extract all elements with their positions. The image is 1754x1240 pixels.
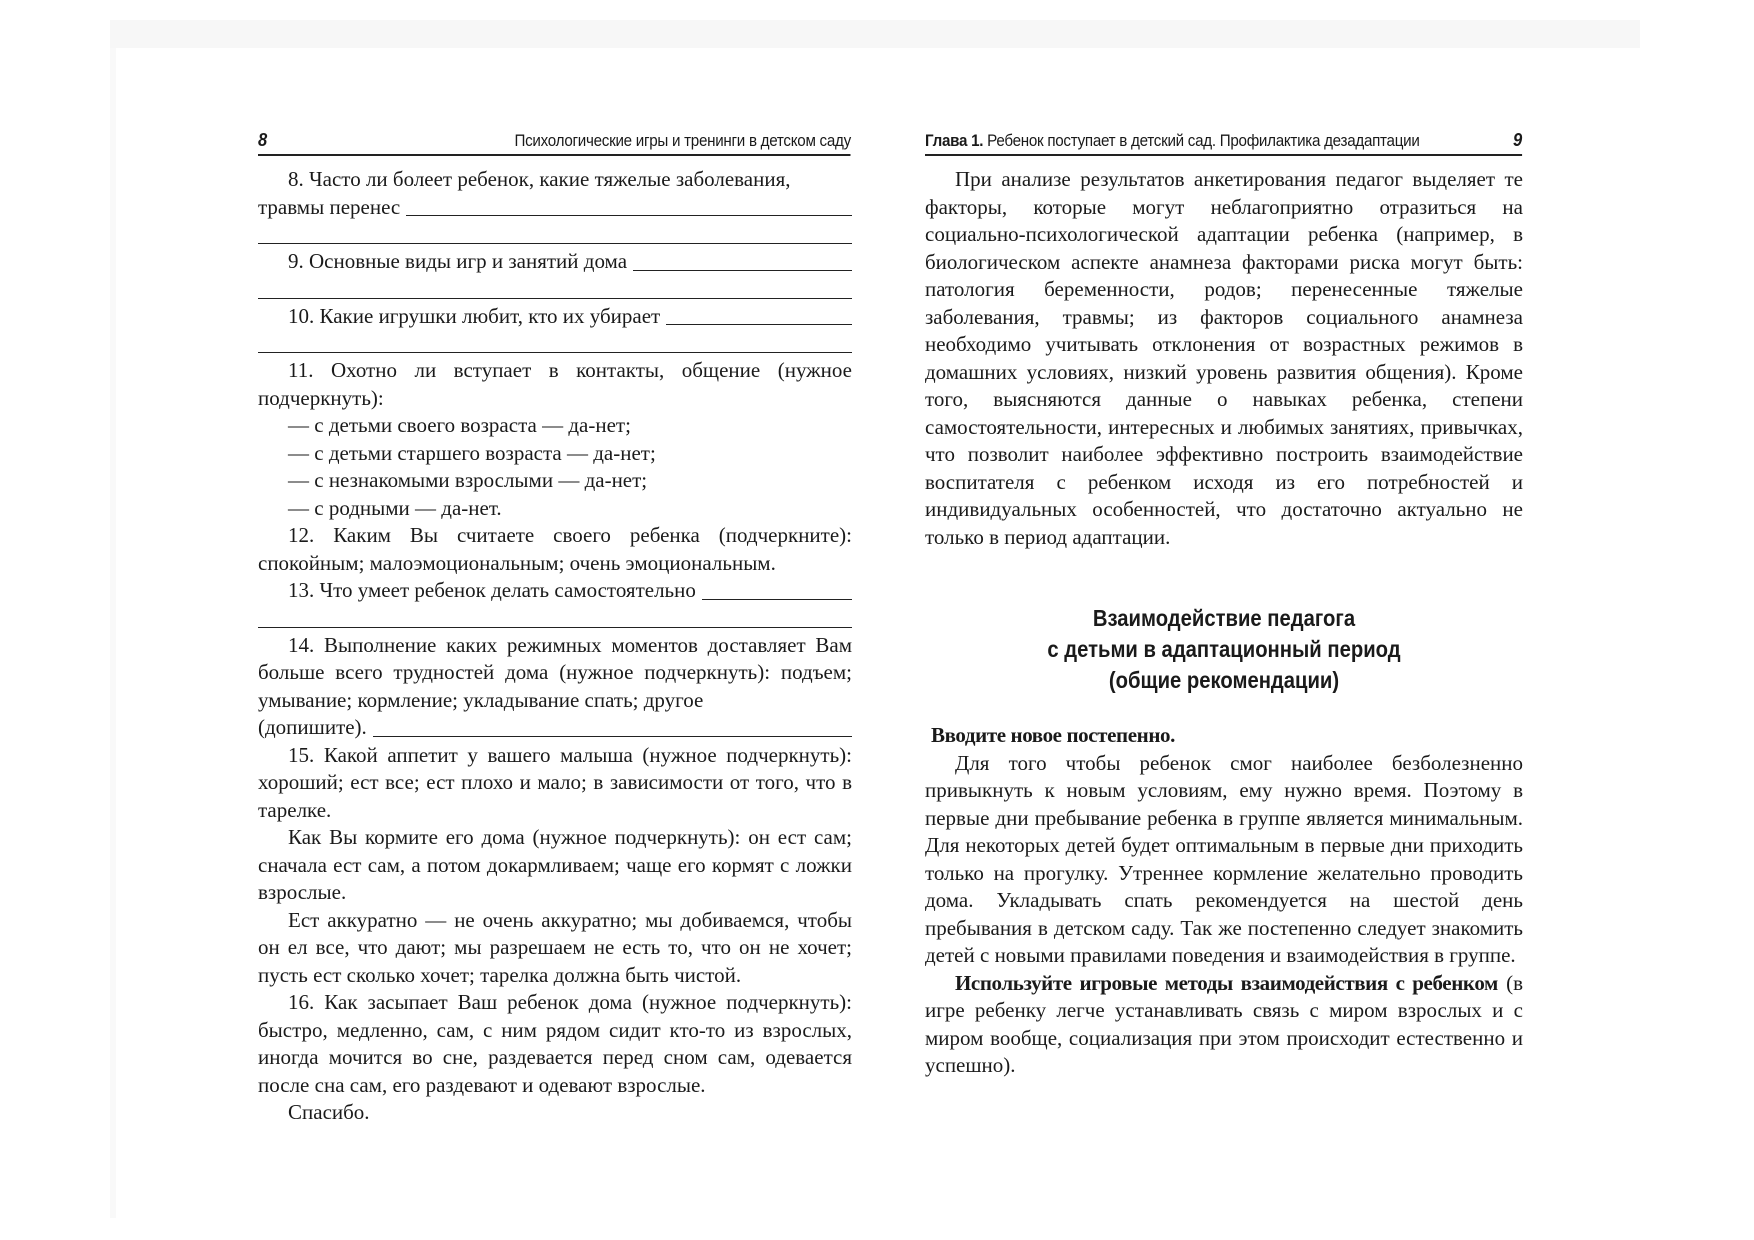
questionnaire-body: 8. Часто ли болеет ребенок, какие тяжелы… [258,166,852,1127]
recommendation-2: Используйте игровые методы взаимодействи… [925,970,1523,1080]
intro-paragraph: При анализе результатов анкетирования пе… [925,166,1523,551]
question-9: 9. Основные виды игр и занятий дома [258,248,852,276]
chapter-body: При анализе результатов анкетирования пе… [925,166,1523,1080]
page-number: 8 [258,130,267,151]
running-head-right: Глава 1. Ребенок поступает в детский сад… [925,125,1522,156]
answer-line [702,599,852,600]
question-8: 8. Часто ли болеет ребенок, какие тяжелы… [258,166,852,194]
answer-line [258,330,852,353]
page-right: Глава 1. Ребенок поступает в детский сад… [925,125,1523,1080]
question-16: 16. Как засыпает Ваш ребенок дома (нужно… [258,989,852,1099]
chapter-title: Глава 1. Ребенок поступает в детский сад… [925,132,1420,151]
q11-option: — с детьми своего возраста — да-нет; [258,412,852,440]
answer-line [633,270,852,271]
answer-line [666,324,852,325]
question-15-neatness: Ест аккуратно — не очень аккуратно; мы д… [258,907,852,990]
question-12: 12. Каким Вы считаете своего ребенка (по… [258,522,852,577]
q11-option: — с незнакомыми взрослыми — да-нет; [258,467,852,495]
question-10: 10. Какие игрушки любит, кто их убирает [258,303,852,331]
question-13: 13. Что умеет ребенок делать самостоятел… [258,577,852,605]
running-head-left: 8 Психологические игры и тренинги в детс… [258,125,851,156]
recommendation-2-heading: Используйте игровые методы взаимодействи… [955,971,1498,995]
question-8-answer: травмы перенес [258,194,852,222]
answer-line [373,736,852,737]
book-title: Психологические игры и тренинги в детско… [514,132,850,151]
question-15-feeding: Как Вы кормите его дома (нужное подчеркн… [258,824,852,907]
q11-option: — с родными — да-нет. [258,495,852,523]
answer-line [406,215,852,216]
section-heading: Взаимодействие педагога с детьми в адапт… [961,603,1487,696]
answer-line [258,605,852,628]
question-14-answer: (допишите). [258,714,852,742]
answer-line [258,221,852,244]
recommendation-1-text: Для того чтобы ребенок смог наиболее без… [925,750,1523,970]
page-number: 9 [1513,130,1522,151]
page-left: 8 Психологические игры и тренинги в детс… [258,125,852,1127]
q11-option: — с детьми старшего возраста — да-нет; [258,440,852,468]
scan-shadow-band [110,20,1640,48]
scan-edge [110,48,116,1218]
recommendation-1-heading: Вводите новое постепенно. [925,722,1523,750]
question-15: 15. Какой аппетит у вашего малыша (нужно… [258,742,852,825]
question-14: 14. Выполнение каких режимных моментов д… [258,632,852,715]
question-11: 11. Охотно ли вступает в контакты, общен… [258,357,852,412]
thanks-text: Спасибо. [258,1099,852,1127]
answer-line [258,276,852,299]
